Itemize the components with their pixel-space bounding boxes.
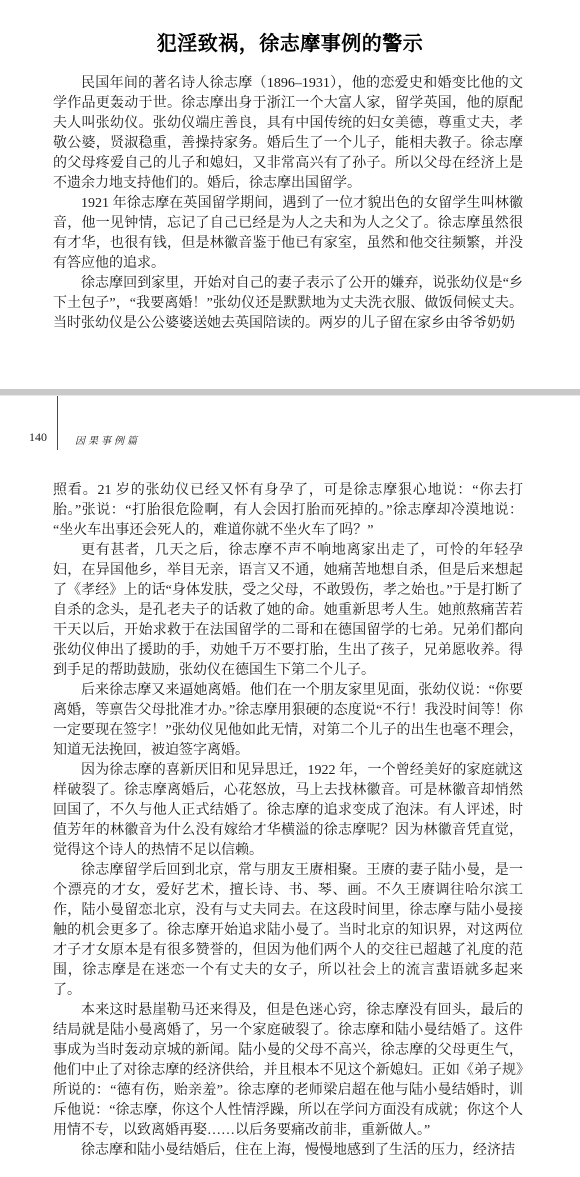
paragraph: 徐志摩和陆小曼结婚后，住在上海，慢慢地感到了生活的压力，经济拮 [53, 1141, 523, 1161]
page-139-body: 民国年间的著名诗人徐志摩（1896–1931），他的恋爱史和婚变比他的文学作品更… [0, 74, 580, 334]
header-rule-line [57, 396, 58, 450]
paragraph: 更有甚者，几天之后，徐志摩不声不响地离家出走了，可怜的年轻孕妇，在异国他乡，举目… [53, 541, 523, 681]
paragraph: 照看。21 岁的张幼仪已经又怀有身孕了，可是徐志摩狠心地说：“你去打胎。”张说：… [53, 481, 523, 541]
section-title: 因果事例篇 [75, 432, 140, 447]
paragraph: 后来徐志摩又来逼她离婚。他们在一个朋友家里见面，张幼仪说：“你要离婚，等禀告父母… [53, 681, 523, 761]
paragraph: 徐志摩回到家里，开始对自己的妻子表示了公开的嫌弃，说张幼仪是“乡下土包子”，“我… [53, 274, 523, 334]
article-title: 犯淫致祸，徐志摩事例的警示 [0, 0, 580, 56]
paragraph: 因为徐志摩的喜新厌旧和见异思迁，1922 年，一个曾经美好的家庭就这样破裂了。徐… [53, 761, 523, 861]
document-view: 犯淫致祸，徐志摩事例的警示 民国年间的著名诗人徐志摩（1896–1931），他的… [0, 0, 580, 1177]
paragraph: 徐志摩留学后回到北京，常与朋友王赓相聚。王赓的妻子陆小曼，是一个漂亮的才女，爱好… [53, 861, 523, 1001]
page-number: 140 [0, 430, 47, 445]
paragraph: 1921 年徐志摩在英国留学期间，遇到了一位才貌出色的女留学生叫林徽音，他一见钟… [53, 194, 523, 274]
page-140-body: 照看。21 岁的张幼仪已经又怀有身孕了，可是徐志摩狠心地说：“你去打胎。”张说：… [0, 396, 580, 1161]
page-break-separator [0, 389, 580, 396]
paragraph: 民国年间的著名诗人徐志摩（1896–1931），他的恋爱史和婚变比他的文学作品更… [53, 74, 523, 194]
page-139-fragment: 犯淫致祸，徐志摩事例的警示 民国年间的著名诗人徐志摩（1896–1931），他的… [0, 0, 580, 389]
page-140-fragment: 140 因果事例篇 照看。21 岁的张幼仪已经又怀有身孕了，可是徐志摩狠心地说：… [0, 396, 580, 1177]
paragraph: 本来这时悬崖勒马还来得及，但是色迷心窍，徐志摩没有回头，最后的结局就是陆小曼离婚… [53, 1001, 523, 1141]
